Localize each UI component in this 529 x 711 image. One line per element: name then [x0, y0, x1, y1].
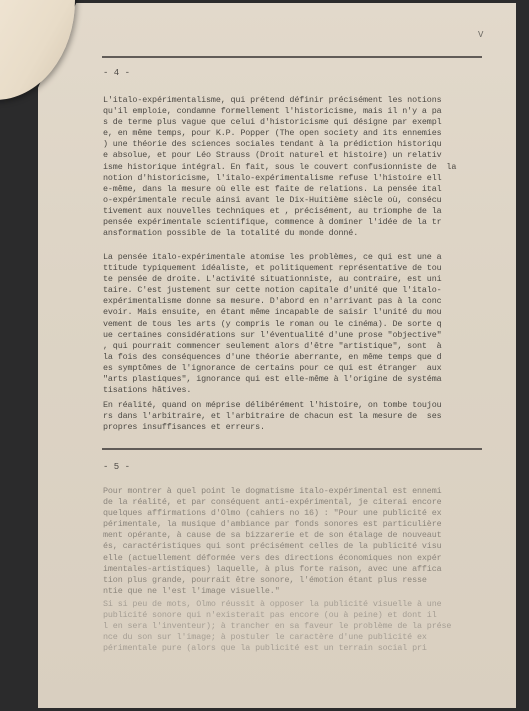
text-line: tisations hâtives.: [103, 385, 503, 396]
text-line: La pensée italo-expérimentale atomise le…: [103, 252, 503, 263]
text-line: es symptômes de l'ignorance de certains …: [103, 363, 503, 374]
text-line: te pensée de droite. L'activité situatio…: [103, 274, 503, 285]
text-line: isme historique intégral. En fait, sous …: [103, 162, 503, 173]
text-line: e absolue, et pour Léo Strauss (Droit na…: [103, 150, 503, 161]
paragraph: L'italo-expérimentalisme, qui prétend dé…: [103, 95, 503, 239]
page-marker: V: [478, 30, 483, 40]
text-line: ue certaines considérations sur l'éventu…: [103, 330, 503, 341]
section-divider: [102, 448, 482, 450]
text-line: pensée expérimentale scientifique, comme…: [103, 217, 503, 228]
text-line: o-expérimentale recule ainsi avant le Di…: [103, 195, 503, 206]
text-line: nce du son sur l'image; à postuler le ca…: [103, 632, 503, 643]
text-line: , qui pourrait commencer seulement alors…: [103, 341, 503, 352]
text-line: Si si peu de mots, Olmo réussit à oppose…: [103, 599, 503, 610]
text-line: és, caractéristiques qui sont précisémen…: [103, 541, 503, 552]
text-line: ment opérante, à cause de sa bizzarerie …: [103, 530, 503, 541]
text-line: publicité sonore qui n'existerait pas en…: [103, 610, 503, 621]
text-line: vement de tous les arts (y compris le ro…: [103, 319, 503, 330]
section-heading-4: - 4 -: [103, 68, 130, 78]
text-line: L'italo-expérimentalisme, qui prétend dé…: [103, 95, 503, 106]
text-line: rs dans l'arbitraire, et l'arbitraire de…: [103, 411, 503, 422]
text-line: périmentale pure (alors que la publicité…: [103, 643, 503, 654]
section-divider: [102, 56, 482, 58]
text-line: ntie que ne l'est l'image visuelle.": [103, 586, 503, 597]
text-line: tion plus grande, pourrait être sonore, …: [103, 575, 503, 586]
paragraph: Si si peu de mots, Olmo réussit à oppose…: [103, 599, 503, 654]
text-line: ) une théorie des sciences sociales tend…: [103, 139, 503, 150]
text-line: elle (actuellement déformée vers des dir…: [103, 553, 503, 564]
text-line: expérimentalisme donne sa mesure. D'abor…: [103, 296, 503, 307]
text-line: s de terme plus vague que celui d'histor…: [103, 117, 503, 128]
paragraph: Pour montrer à quel point le dogmatisme …: [103, 486, 503, 597]
text-line: e-même, dans la mesure où elle est faite…: [103, 184, 503, 195]
text-line: evoir. Mais ensuite, en étant même incap…: [103, 307, 503, 318]
text-line: imentales-artistiques) laquelle, à plus …: [103, 564, 503, 575]
text-line: taire. C'est justement sur cette notion …: [103, 285, 503, 296]
text-line: Pour montrer à quel point le dogmatisme …: [103, 486, 503, 497]
text-line: périmentale, la musique d'ambiance par f…: [103, 519, 503, 530]
text-line: propres insuffisances et erreurs.: [103, 422, 503, 433]
text-line: notion d'historicisme, l'italo-expérimen…: [103, 173, 503, 184]
section-heading-5: - 5 -: [103, 462, 130, 472]
text-line: En réalité, quand on méprise délibérémen…: [103, 400, 503, 411]
text-line: ttitude typiquement idéaliste, et politi…: [103, 263, 503, 274]
paragraph: En réalité, quand on méprise délibérémen…: [103, 400, 503, 433]
text-line: la fois des conséquences d'une théorie a…: [103, 352, 503, 363]
text-line: de la réalité, et par conséquent anti-ex…: [103, 497, 503, 508]
text-line: l en sera l'inventeur); à trancher en sa…: [103, 621, 503, 632]
text-line: ansformation possible de la totalité du …: [103, 228, 503, 239]
text-line: e, en même temps, pour K.P. Popper (The …: [103, 128, 503, 139]
text-line: qu'il emploie, condamne formellement l'h…: [103, 106, 503, 117]
paragraph: La pensée italo-expérimentale atomise le…: [103, 252, 503, 396]
text-line: tivement aux nouvelles techniques et , p…: [103, 206, 503, 217]
text-line: quelques affirmations d'Olmo (cahiers no…: [103, 508, 503, 519]
text-line: "arts plastiques", ignorance qui est ell…: [103, 374, 503, 385]
